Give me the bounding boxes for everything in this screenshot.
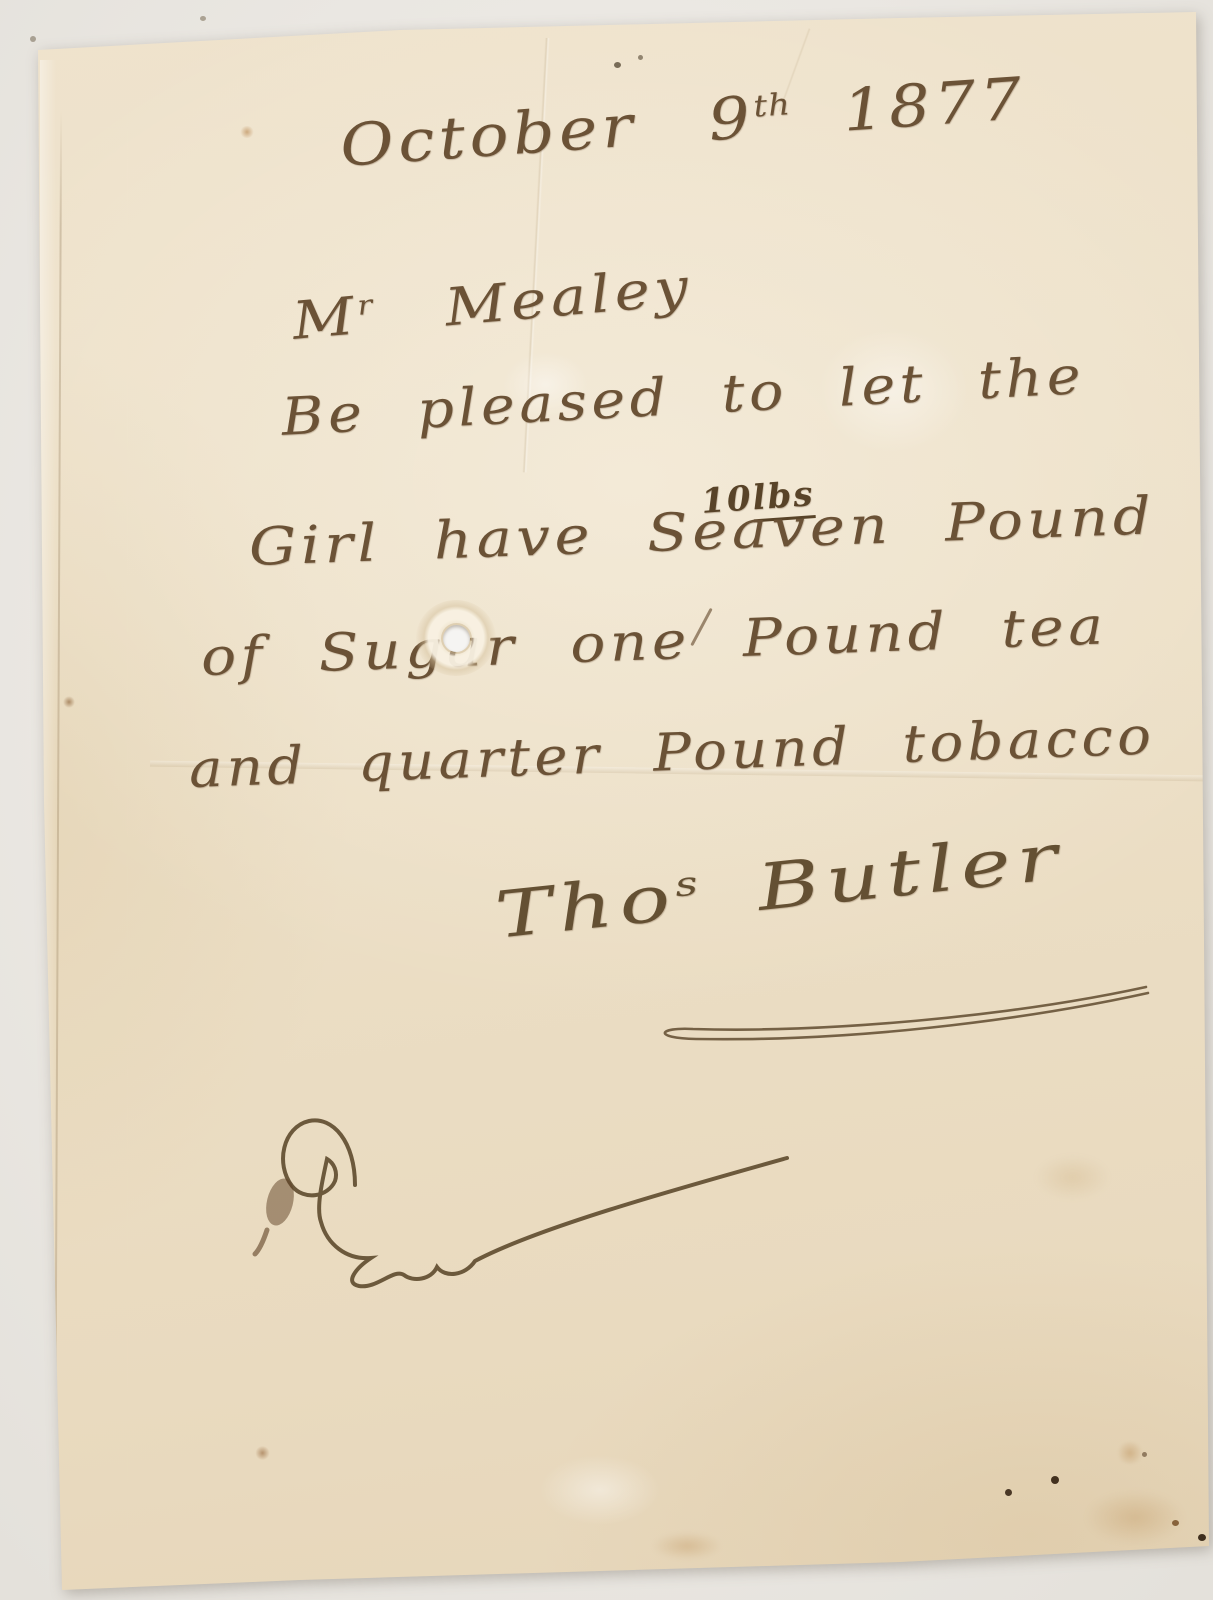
backdrop-speck (200, 16, 206, 21)
date-day: 9 (706, 83, 756, 154)
foxing-stain (1035, 1155, 1110, 1200)
ink-speck (1005, 1489, 1012, 1496)
date-month: October (338, 91, 639, 180)
body-line-1: Be pleased to let the (280, 346, 1086, 448)
signature-underline-flourish (638, 975, 1158, 1050)
salutation-line: MrMealey (290, 257, 695, 352)
foxing-stain (652, 1532, 722, 1560)
foxing-stain (1116, 1442, 1144, 1464)
salutation-title-superscript: r (356, 290, 375, 322)
foxing-stain (1085, 1490, 1185, 1545)
backdrop-speck (30, 36, 36, 42)
photographed-letter-scene: October9th1877 MrMealey Be pleased to le… (0, 0, 1213, 1600)
foxing-stain (63, 696, 75, 708)
ink-blot (262, 1176, 299, 1229)
paraph-flourish (225, 1090, 805, 1305)
date-line: October9th1877 (338, 64, 1028, 180)
signature-first: Tho (492, 861, 680, 954)
ink-speck (1198, 1534, 1206, 1541)
paper-left-edge-sheen (40, 60, 56, 1570)
body-line-3: of Sugar one Pound tea (200, 596, 1108, 688)
signature-last: Butler (754, 820, 1067, 926)
paper-wrinkle (540, 1455, 660, 1525)
hole-punch (443, 625, 470, 652)
body-line-4: and quarter Pound tobacco (188, 706, 1156, 800)
ink-speck (1142, 1452, 1147, 1457)
signature-line: ThosButler (492, 820, 1067, 953)
signature-superscript: s (673, 863, 701, 904)
foxing-stain (255, 1446, 270, 1460)
ink-speck (1172, 1520, 1179, 1526)
salutation-title: M (290, 286, 361, 352)
aged-letter-paper: October9th1877 MrMealey Be pleased to le… (0, 0, 1213, 1600)
dust-speck (638, 55, 643, 60)
foxing-stain (240, 126, 254, 138)
paper-sheet-wrapper: October9th1877 MrMealey Be pleased to le… (0, 0, 1213, 1600)
dust-speck (614, 62, 621, 68)
date-ordinal: th (752, 87, 792, 125)
salutation-name: Mealey (443, 257, 695, 338)
date-year: 1877 (841, 64, 1029, 145)
ink-speck (1051, 1476, 1059, 1484)
